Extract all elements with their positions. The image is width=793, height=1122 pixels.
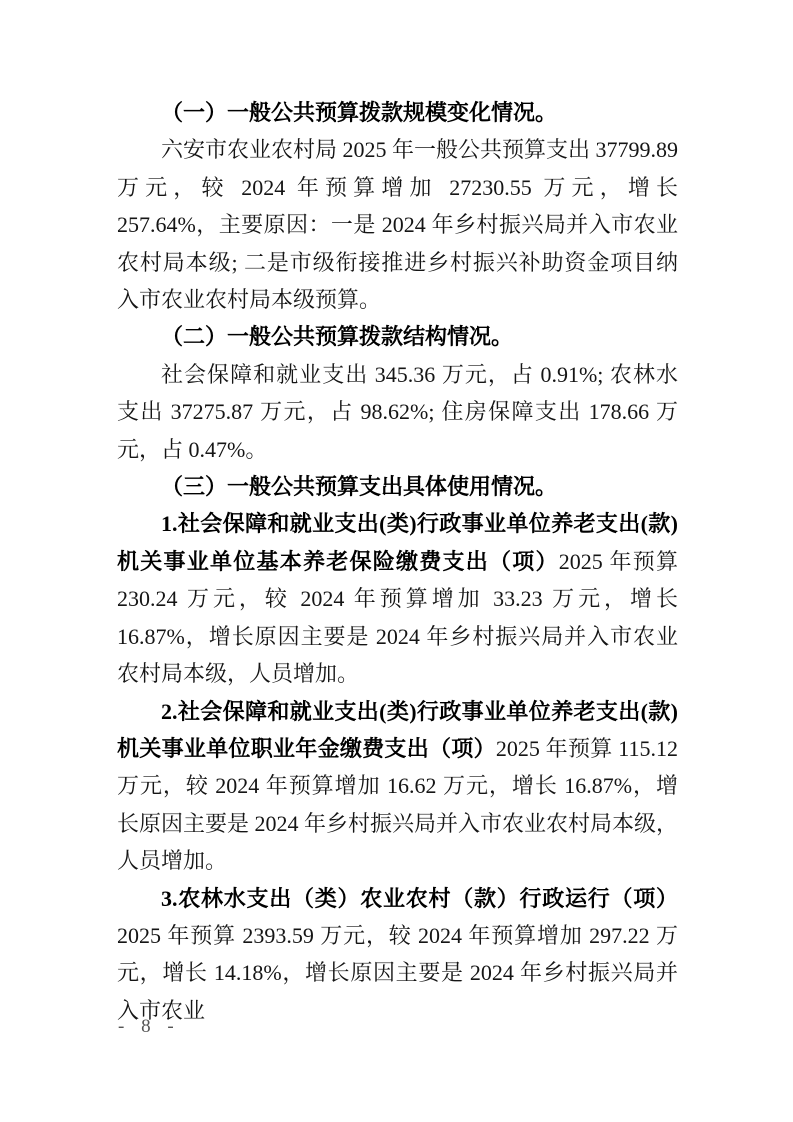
document-body: （一）一般公共预算拨款规模变化情况。 六安市农业农村局 2025 年一般公共预算…	[117, 94, 678, 1029]
section-heading-2: （二）一般公共预算拨款结构情况。	[117, 318, 678, 355]
budget-item-3-title: 3.农林水支出（类）农业农村（款）行政运行（项）	[161, 886, 678, 911]
paragraph-funding-structure: 社会保障和就业支出 345.36 万元，占 0.91%; 农林水支出 37275…	[117, 356, 678, 468]
section-heading-3: （三）一般公共预算支出具体使用情况。	[117, 468, 678, 505]
document-page: （一）一般公共预算拨款规模变化情况。 六安市农业农村局 2025 年一般公共预算…	[0, 0, 793, 1122]
page-number: - 8 -	[118, 1014, 180, 1040]
budget-item-3: 3.农林水支出（类）农业农村（款）行政运行（项）2025 年预算 2393.59…	[117, 880, 678, 1030]
paragraph-funding-scale: 六安市农业农村局 2025 年一般公共预算支出 37799.89 万元，较 20…	[117, 131, 678, 318]
budget-item-3-body: 2025 年预算 2393.59 万元，较 2024 年预算增加 297.22 …	[117, 923, 678, 1023]
budget-item-1: 1.社会保障和就业支出(类)行政事业单位养老支出(款)机关事业单位基本养老保险缴…	[117, 505, 678, 692]
budget-item-2: 2.社会保障和就业支出(类)行政事业单位养老支出(款)机关事业单位职业年金缴费支…	[117, 693, 678, 880]
section-heading-1: （一）一般公共预算拨款规模变化情况。	[117, 94, 678, 131]
